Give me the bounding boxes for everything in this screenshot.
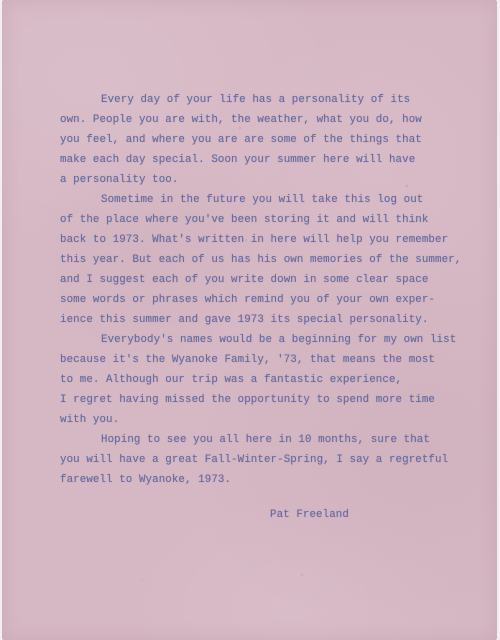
letter-line: you feel, and where you are are some of … [60,130,472,150]
letter-line: of the place where you've been storing i… [60,210,472,230]
letter-line: I regret having missed the opportunity t… [60,390,472,410]
letter-line: make each day special. Soon your summer … [60,150,472,170]
letter-line: this year. But each of us has his own me… [60,250,472,270]
letter-line: farewell to Wyanoke, 1973. [60,470,472,490]
letter-line: back to 1973. What's written in here wil… [60,230,472,250]
letter-line: because it's the Wyanoke Family, '73, th… [60,350,472,370]
letter-line: ience this summer and gave 1973 its spec… [60,310,472,330]
letter-line: Hoping to see you all here in 10 months,… [60,430,472,450]
letter-paper: Every day of your life has a personality… [2,0,497,640]
letter-line: Everybody's names would be a beginning f… [60,330,472,350]
letter-line: with you. [60,410,472,430]
letter-line: you will have a great Fall-Winter-Spring… [60,450,472,470]
letter-line: Every day of your life has a personality… [60,90,472,110]
letter-line: to me. Although our trip was a fantastic… [60,370,472,390]
letter-body: Every day of your life has a personality… [60,90,472,490]
letter-line: and I suggest each of you write down in … [60,270,472,290]
letter-line: some words or phrases which remind you o… [60,290,472,310]
signature: Pat Freeland [270,505,349,525]
letter-line: a personality too. [60,170,472,190]
letter-line: Sometime in the future you will take thi… [60,190,472,210]
scanned-photo: Every day of your life has a personality… [0,0,500,640]
letter-line: own. People you are with, the weather, w… [60,110,472,130]
